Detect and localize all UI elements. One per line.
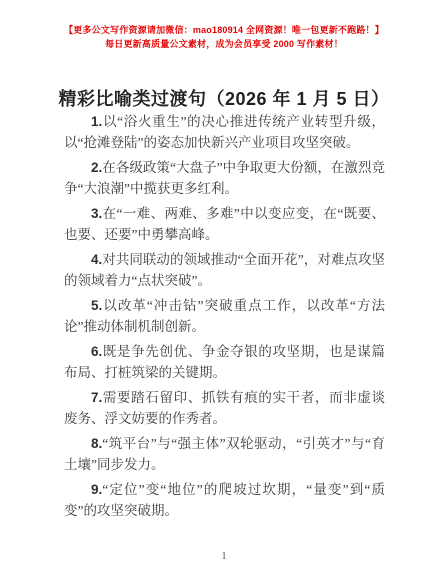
watermark-line1: 【更多公文写作资源请加微信：mao180914 全网资源！唯一包更新不跑路！】 [0, 23, 448, 37]
list-item: 4.对共同联动的领域推动“全面开花”，对难点攻坚的领域着力“点状突破”。 [64, 249, 385, 291]
list-item: 8.“筑平台”与“强主体”双轮驱动，“引英才”与“育土壤”同步发力。 [64, 433, 385, 475]
item-number: 1. [91, 114, 102, 129]
item-number: 2. [91, 160, 102, 175]
list-item: 1.以“浴火重生”的决心推进传统产业转型升级，以“抢滩登陆”的姿态加快新兴产业项… [64, 111, 385, 153]
document-page: 【更多公文写作资源请加微信：mao180914 全网资源！唯一包更新不跑路！】 … [0, 0, 448, 580]
item-number: 3. [91, 206, 102, 221]
item-number: 8. [91, 436, 102, 451]
list-item: 9.“定位”变“地位”的爬坡过坎期，“量变”到“质变”的攻坚突破期。 [64, 479, 385, 521]
list-item: 3.在“一难、两难、多难”中以变应变，在“既要、也要、还要”中勇攀高峰。 [64, 203, 385, 245]
item-text: 以“浴火重生”的决心推进传统产业转型升级，以“抢滩登陆”的姿态加快新兴产业项目攻… [64, 114, 385, 150]
page-number: 1 [0, 551, 448, 562]
item-text: 既是争先创优、争金夺银的攻坚期，也是谋篇布局、打桩筑梁的关键期。 [64, 344, 385, 380]
item-text: 对共同联动的领域推动“全面开花”，对难点攻坚的领域着力“点状突破”。 [64, 252, 385, 288]
watermark: 【更多公文写作资源请加微信：mao180914 全网资源！唯一包更新不跑路！】 … [0, 23, 448, 51]
item-text: 以改革“冲击钻”突破重点工作，以改革“方法论”推动体制机制创新。 [64, 298, 385, 334]
item-number: 5. [91, 298, 102, 313]
item-number: 7. [91, 390, 102, 405]
item-text: 需要踏石留印、抓铁有痕的实干者，而非虚谈废务、浮文妨要的作秀者。 [64, 390, 385, 426]
item-number: 9. [91, 482, 102, 497]
list-item: 6.既是争先创优、争金夺银的攻坚期，也是谋篇布局、打桩筑梁的关键期。 [64, 341, 385, 383]
item-text: “定位”变“地位”的爬坡过坎期，“量变”到“质变”的攻坚突破期。 [64, 482, 385, 518]
item-text: 在各级政策“大盘子”中争取更大份额，在激烈竞争“大浪潮”中揽获更多红利。 [64, 160, 385, 196]
list-item: 7.需要踏石留印、抓铁有痕的实干者，而非虚谈废务、浮文妨要的作秀者。 [64, 387, 385, 429]
item-number: 4. [91, 252, 102, 267]
list-item: 5.以改革“冲击钻”突破重点工作，以改革“方法论”推动体制机制创新。 [64, 295, 385, 337]
item-text: 在“一难、两难、多难”中以变应变，在“既要、也要、还要”中勇攀高峰。 [64, 206, 385, 242]
document-body: 1.以“浴火重生”的决心推进传统产业转型升级，以“抢滩登陆”的姿态加快新兴产业项… [64, 111, 385, 525]
item-number: 6. [91, 344, 102, 359]
page-title: 精彩比喻类过渡句（2026 年 1 月 5 日） [0, 85, 448, 111]
item-text: “筑平台”与“强主体”双轮驱动，“引英才”与“育土壤”同步发力。 [64, 436, 385, 472]
watermark-line2: 每日更新高质量公文素材，成为会员享受 2000 写作素材！ [0, 37, 448, 51]
list-item: 2.在各级政策“大盘子”中争取更大份额，在激烈竞争“大浪潮”中揽获更多红利。 [64, 157, 385, 199]
